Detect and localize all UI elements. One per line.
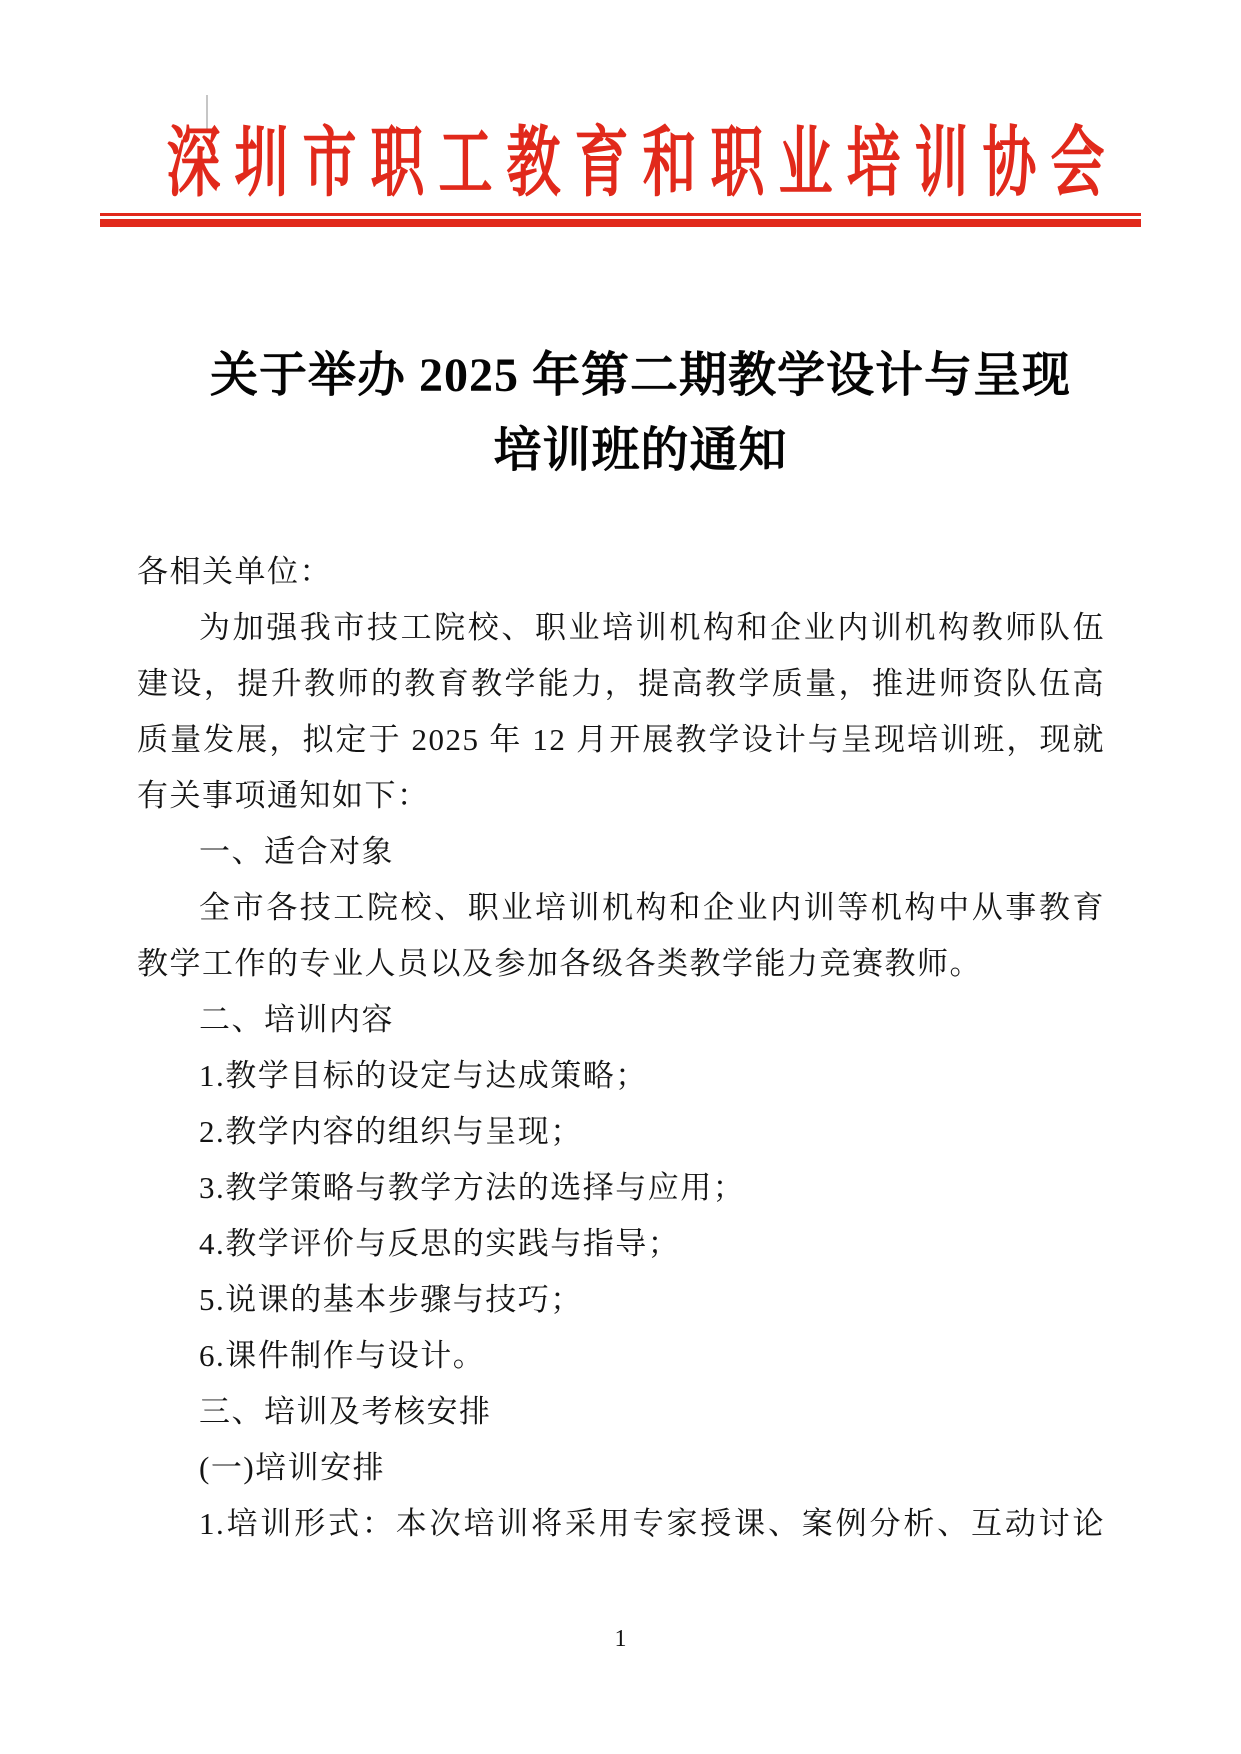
document-line: 教学工作的专业人员以及参加各级各类教学能力竞赛教师。 xyxy=(137,936,1105,992)
document-line: 二、培训内容 xyxy=(137,992,1105,1048)
letterhead-rule-thin xyxy=(100,213,1141,216)
document-line: 质量发展，拟定于 2025 年 12 月开展教学设计与呈现培训班，现就 xyxy=(137,712,1105,768)
document-body: 各相关单位：为加强我市技工院校、职业培训机构和企业内训机构教师队伍建设，提升教师… xyxy=(137,544,1105,1552)
document-line: 4.教学评价与反思的实践与指导； xyxy=(137,1216,1105,1272)
document-title: 关于举办 2025 年第二期教学设计与呈现 培训班的通知 xyxy=(20,338,1241,488)
document-title-line1: 关于举办 2025 年第二期教学设计与呈现 xyxy=(20,338,1241,413)
document-line: 有关事项通知如下： xyxy=(137,768,1105,824)
document-line: 为加强我市技工院校、职业培训机构和企业内训机构教师队伍 xyxy=(137,600,1105,656)
document-line: 6.课件制作与设计。 xyxy=(137,1328,1105,1384)
document-line: 5.说课的基本步骤与技巧； xyxy=(137,1272,1105,1328)
document-line: (一)培训安排 xyxy=(137,1440,1105,1496)
document-line: 三、培训及考核安排 xyxy=(137,1384,1105,1440)
document-page: 深圳市职工教育和职业培训协会 关于举办 2025 年第二期教学设计与呈现 培训班… xyxy=(0,0,1241,1754)
document-line: 1.教学目标的设定与达成策略； xyxy=(137,1048,1105,1104)
letterhead: 深圳市职工教育和职业培训协会 xyxy=(22,0,1241,202)
document-line: 2.教学内容的组织与呈现； xyxy=(137,1104,1105,1160)
document-line: 一、适合对象 xyxy=(137,824,1105,880)
document-line: 3.教学策略与教学方法的选择与应用； xyxy=(137,1160,1105,1216)
document-title-line2: 培训班的通知 xyxy=(20,413,1241,488)
letterhead-rule-thick xyxy=(100,219,1141,227)
document-line: 全市各技工院校、职业培训机构和企业内训等机构中从事教育 xyxy=(137,880,1105,936)
document-line: 各相关单位： xyxy=(137,544,1105,600)
document-line: 1.培训形式：本次培训将采用专家授课、案例分析、互动讨论 xyxy=(137,1496,1105,1552)
letterhead-org-name: 深圳市职工教育和职业培训协会 xyxy=(167,125,1119,202)
document-line: 建设，提升教师的教育教学能力，提高教学质量，推进师资队伍高 xyxy=(137,656,1105,712)
page-number: 1 xyxy=(0,1626,1241,1653)
